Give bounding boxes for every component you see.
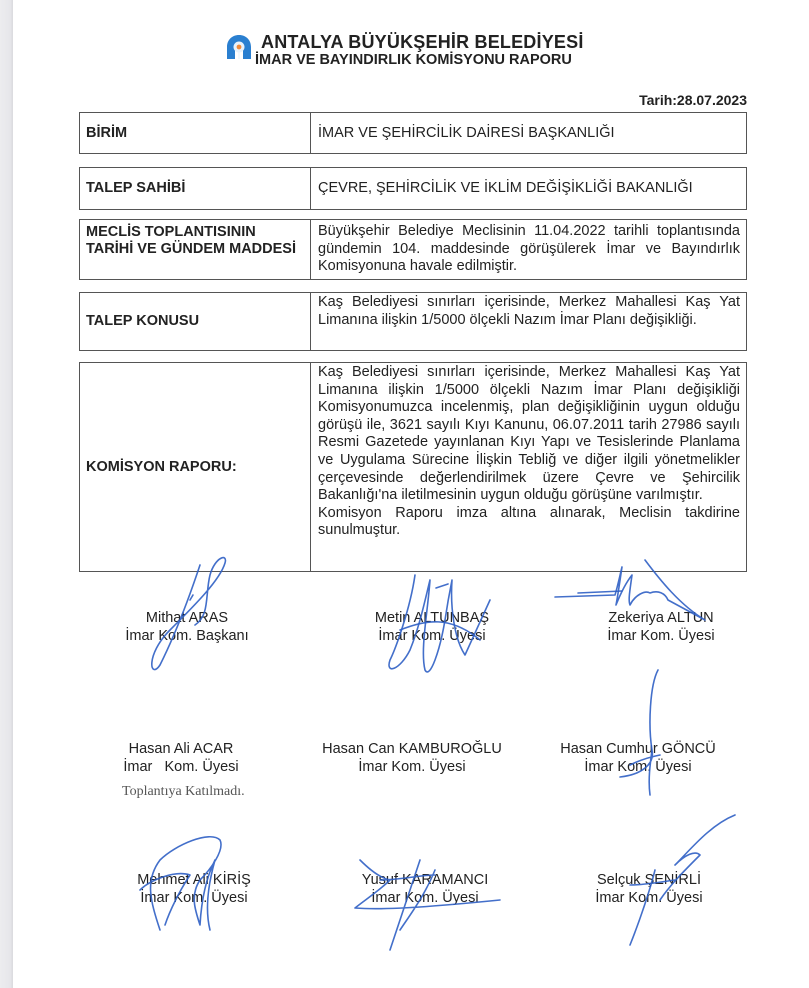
row-label: KOMİSYON RAPORU: xyxy=(80,363,311,571)
signatory-8: Yusuf KARAMANCI İmar Kom. Üyesi xyxy=(325,872,525,907)
signatory-name: Mithat ARAS xyxy=(87,610,287,628)
signatory-title: İmar Kom. Üyesi xyxy=(81,759,281,777)
signatory-title: İmar Kom. Üyesi xyxy=(325,890,525,908)
row-value: Kaş Belediyesi sınırları içerisinde, Mer… xyxy=(311,363,746,571)
row-value: Büyükşehir Belediye Meclisinin 11.04.202… xyxy=(311,220,746,279)
signatory-name: Metin ALTUNBAŞ xyxy=(332,610,532,628)
signatory-7: Mehmet Ali KİRİŞ İmar Kom. Üyesi xyxy=(94,872,294,907)
signatory-title: İmar Kom. Üyesi xyxy=(549,890,749,908)
signatory-name: Hasan Ali ACAR xyxy=(81,741,281,759)
organization-title: ANTALYA BÜYÜKŞEHİR BELEDİYESİ xyxy=(261,32,584,53)
row-value: ÇEVRE, ŞEHİRCİLİK VE İKLİM DEĞİŞİKLİĞİ B… xyxy=(311,168,746,209)
row-council-meeting: MECLİS TOPLANTISININ TARİHİ VE GÜNDEM MA… xyxy=(79,219,747,280)
row-label: BİRİM xyxy=(80,113,311,153)
signatory-name: Selçuk ŞENİRLİ xyxy=(549,872,749,890)
signatory-4: Hasan Ali ACAR İmar Kom. Üyesi xyxy=(81,741,281,776)
signatory-2: Metin ALTUNBAŞ İmar Kom. Üyesi xyxy=(332,610,532,645)
signatory-title: İmar Kom. Üyesi xyxy=(538,759,738,777)
row-value: İMAR VE ŞEHİRCİLİK DAİRESİ BAŞKANLIĞI xyxy=(311,113,746,153)
signatory-9: Selçuk ŞENİRLİ İmar Kom. Üyesi xyxy=(549,872,749,907)
row-label: TALEP SAHİBİ xyxy=(80,168,311,209)
row-unit: BİRİM İMAR VE ŞEHİRCİLİK DAİRESİ BAŞKANL… xyxy=(79,112,747,154)
row-value: Kaş Belediyesi sınırları içerisinde, Mer… xyxy=(311,293,746,350)
row-commission-report: KOMİSYON RAPORU: Kaş Belediyesi sınırlar… xyxy=(79,362,747,572)
signatory-name: Zekeriya ALTUN xyxy=(561,610,761,628)
signatory-title: İmar Kom. Üyesi xyxy=(94,890,294,908)
signatory-title: İmar Kom. Üyesi xyxy=(312,759,512,777)
report-title: İMAR VE BAYINDIRLIK KOMİSYONU RAPORU xyxy=(255,52,572,68)
signatory-title: İmar Kom. Üyesi xyxy=(561,628,761,646)
signatory-3: Zekeriya ALTUN İmar Kom. Üyesi xyxy=(561,610,761,645)
signatory-name: Yusuf KARAMANCI xyxy=(325,872,525,890)
signatory-title: İmar Kom. Üyesi xyxy=(332,628,532,646)
signatory-5: Hasan Can KAMBUROĞLU İmar Kom. Üyesi xyxy=(312,741,512,776)
signatory-6: Hasan Cumhur GÖNCÜ İmar Kom. Üyesi xyxy=(538,741,738,776)
antalya-municipality-logo-icon xyxy=(226,34,252,60)
signatory-title: İmar Kom. Başkanı xyxy=(87,628,287,646)
viewer-left-edge xyxy=(0,0,13,988)
signatory-1: Mithat ARAS İmar Kom. Başkanı xyxy=(87,610,287,645)
row-label: TALEP KONUSU xyxy=(80,293,311,350)
signature-mark-icon xyxy=(610,665,670,805)
row-label: MECLİS TOPLANTISININ TARİHİ VE GÜNDEM MA… xyxy=(80,220,311,279)
report-date: Tarih:28.07.2023 xyxy=(639,92,747,108)
row-requester: TALEP SAHİBİ ÇEVRE, ŞEHİRCİLİK VE İKLİM … xyxy=(79,167,747,210)
signatory-name: Hasan Can KAMBUROĞLU xyxy=(312,741,512,759)
signatory-name: Mehmet Ali KİRİŞ xyxy=(94,872,294,890)
report-closing: Komisyon Raporu imza altına alınarak, Me… xyxy=(318,505,740,540)
report-body: Kaş Belediyesi sınırları içerisinde, Mer… xyxy=(318,364,740,505)
row-request-subject: TALEP KONUSU Kaş Belediyesi sınırları iç… xyxy=(79,292,747,351)
absence-note: Toplantıya Katılmadı. xyxy=(122,784,245,800)
signatory-name: Hasan Cumhur GÖNCÜ xyxy=(538,741,738,759)
